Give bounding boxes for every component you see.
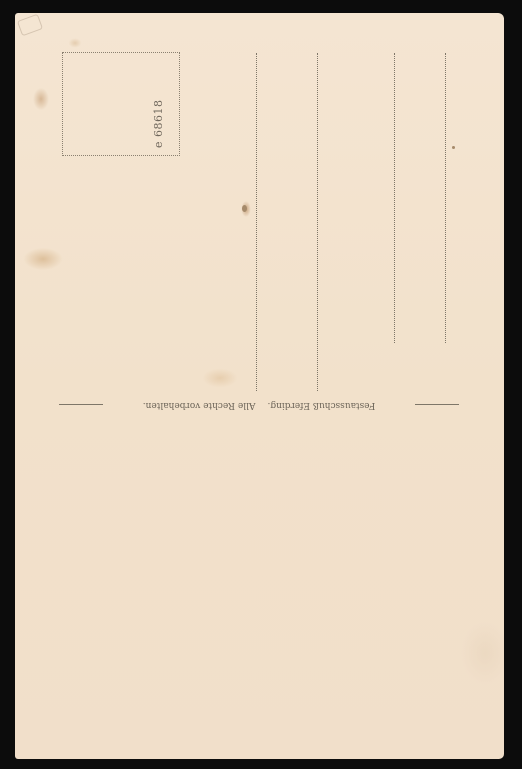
footer-dash-left — [415, 405, 459, 406]
corner-crease — [17, 14, 43, 37]
publisher-name: Festausschuß Eferding. — [267, 400, 375, 410]
divider-line-2 — [317, 53, 318, 391]
stamp-code: e 68618 — [152, 78, 170, 148]
footer-dash-right — [59, 405, 103, 406]
address-line-1 — [394, 53, 395, 343]
stain-spot — [452, 146, 455, 149]
postcard-back: e 68618 Festausschuß Eferding. Alle Rech… — [15, 13, 504, 759]
stain-spot — [242, 205, 247, 212]
publisher-footer: Festausschuß Eferding. Alle Rechte vorbe… — [59, 397, 459, 413]
footer-text: Festausschuß Eferding. Alle Rechte vorbe… — [143, 400, 376, 410]
rights-notice: Alle Rechte vorbehalten. — [143, 400, 256, 410]
address-line-2 — [445, 53, 446, 343]
divider-line-1 — [256, 53, 257, 391]
